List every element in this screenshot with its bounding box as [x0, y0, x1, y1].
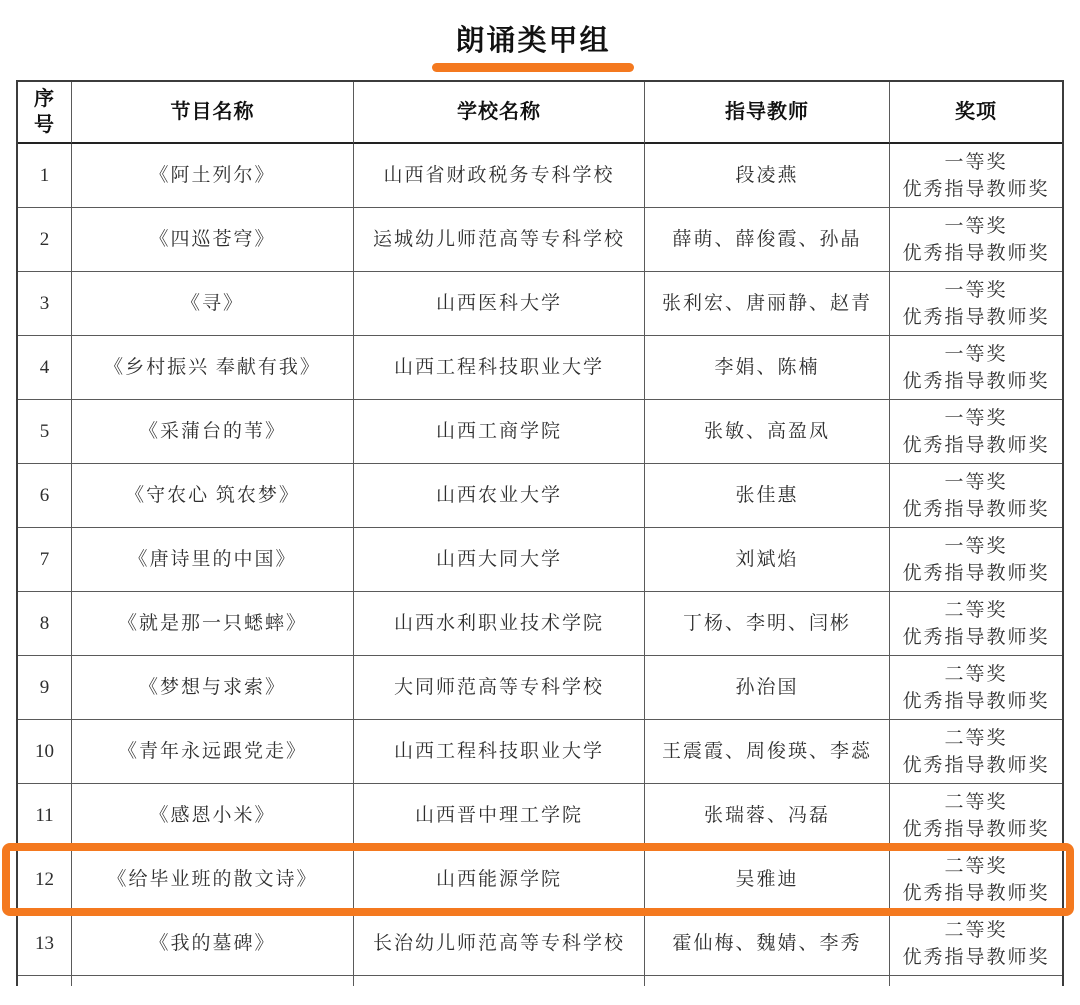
teacher-names: 孙治国	[645, 656, 890, 720]
teacher-names: 吴雅迪	[645, 848, 890, 912]
award-cell: 二等奖优秀指导教师奖	[890, 848, 1062, 912]
program-name: 《唐诗里的中国》	[72, 528, 354, 592]
school-name: 山西省财政税务专科学校	[354, 144, 645, 208]
table-row: 2《四巡苍穹》运城幼儿师范高等专科学校薛萌、薛俊霞、孙晶一等奖优秀指导教师奖	[18, 208, 1062, 272]
award-line: 二等奖	[944, 597, 1007, 624]
award-cell: 一等奖优秀指导教师奖	[890, 464, 1062, 528]
page-title: 朗诵类甲组	[455, 24, 610, 58]
row-index: 7	[18, 528, 72, 592]
program-name: 《就是那一只蟋蟀》	[72, 592, 354, 656]
partial-cell	[72, 976, 354, 986]
award-cell: 二等奖优秀指导教师奖	[890, 720, 1062, 784]
award-cell: 一等奖优秀指导教师奖	[890, 400, 1062, 464]
award-line: 优秀指导教师奖	[902, 240, 1049, 267]
award-line: 优秀指导教师奖	[902, 368, 1049, 395]
header-award: 奖项	[890, 82, 1062, 144]
award-line: 优秀指导教师奖	[902, 560, 1049, 587]
award-cell: 二等奖优秀指导教师奖	[890, 656, 1062, 720]
table-row: 1《阿土列尔》山西省财政税务专科学校段凌燕一等奖优秀指导教师奖	[18, 144, 1062, 208]
program-name: 《寻》	[72, 272, 354, 336]
award-line: 优秀指导教师奖	[902, 688, 1049, 715]
table-row: 8《就是那一只蟋蟀》山西水利职业技术学院丁杨、李明、闫彬二等奖优秀指导教师奖	[18, 592, 1062, 656]
teacher-names: 张瑞蓉、冯磊	[645, 784, 890, 848]
teacher-names: 王震霞、周俊瑛、李蕊	[645, 720, 890, 784]
award-line: 二等奖	[944, 917, 1007, 944]
partial-cell	[354, 976, 645, 986]
header-program: 节目名称	[72, 82, 354, 144]
award-cell: 二等奖优秀指导教师奖	[890, 784, 1062, 848]
award-cell: 二等奖优秀指导教师奖	[890, 592, 1062, 656]
table-row: 7《唐诗里的中国》山西大同大学刘斌焰一等奖优秀指导教师奖	[18, 528, 1062, 592]
teacher-names: 段凌燕	[645, 144, 890, 208]
award-table: 序号 节目名称 学校名称 指导教师 奖项 1《阿土列尔》山西省财政税务专科学校段…	[16, 80, 1064, 986]
teacher-names: 李娟、陈楠	[645, 336, 890, 400]
teacher-names: 张佳惠	[645, 464, 890, 528]
award-line: 一等奖	[944, 277, 1007, 304]
title-section: 朗诵类甲组	[0, 0, 1066, 72]
teacher-names: 霍仙梅、魏婧、李秀	[645, 912, 890, 976]
table-row: 6《守农心 筑农梦》山西农业大学张佳惠一等奖优秀指导教师奖	[18, 464, 1062, 528]
title-underline-highlight	[432, 63, 634, 72]
award-line: 一等奖	[944, 469, 1007, 496]
row-index: 2	[18, 208, 72, 272]
row-index: 11	[18, 784, 72, 848]
table-row: 10《青年永远跟党走》山西工程科技职业大学王震霞、周俊瑛、李蕊二等奖优秀指导教师…	[18, 720, 1062, 784]
partial-cell	[18, 976, 72, 986]
school-name: 山西医科大学	[354, 272, 645, 336]
table-row: 11《感恩小米》山西晋中理工学院张瑞蓉、冯磊二等奖优秀指导教师奖	[18, 784, 1062, 848]
award-line: 优秀指导教师奖	[902, 880, 1049, 907]
award-line: 一等奖	[944, 405, 1007, 432]
header-teachers: 指导教师	[645, 82, 890, 144]
school-name: 大同师范高等专科学校	[354, 656, 645, 720]
school-name: 长治幼儿师范高等专科学校	[354, 912, 645, 976]
award-line: 二等奖	[944, 853, 1007, 880]
program-name: 《阿土列尔》	[72, 144, 354, 208]
program-name: 《感恩小米》	[72, 784, 354, 848]
school-name: 山西能源学院	[354, 848, 645, 912]
award-line: 优秀指导教师奖	[902, 752, 1049, 779]
program-name: 《我的墓碑》	[72, 912, 354, 976]
teacher-names: 张利宏、唐丽静、赵青	[645, 272, 890, 336]
program-name: 《四巡苍穹》	[72, 208, 354, 272]
table-row: 5《采蒲台的苇》山西工商学院张敏、高盈凤一等奖优秀指导教师奖	[18, 400, 1062, 464]
award-line: 优秀指导教师奖	[902, 496, 1049, 523]
row-index: 5	[18, 400, 72, 464]
row-index: 1	[18, 144, 72, 208]
award-line: 优秀指导教师奖	[902, 432, 1049, 459]
award-line: 优秀指导教师奖	[902, 176, 1049, 203]
school-name: 山西农业大学	[354, 464, 645, 528]
row-index: 4	[18, 336, 72, 400]
table-row: 13《我的墓碑》长治幼儿师范高等专科学校霍仙梅、魏婧、李秀二等奖优秀指导教师奖	[18, 912, 1062, 976]
partial-cell	[645, 976, 890, 986]
school-name: 山西工程科技职业大学	[354, 336, 645, 400]
program-name: 《给毕业班的散文诗》	[72, 848, 354, 912]
row-index: 12	[18, 848, 72, 912]
award-line: 二等奖	[944, 661, 1007, 688]
teacher-names: 刘斌焰	[645, 528, 890, 592]
award-cell: 一等奖优秀指导教师奖	[890, 528, 1062, 592]
document-page: 朗诵类甲组 序号 节目名称 学校名称 指导教师 奖项 1《阿土列尔》山西省财政税…	[0, 0, 1080, 1005]
award-line: 一等奖	[944, 533, 1007, 560]
program-name: 《守农心 筑农梦》	[72, 464, 354, 528]
row-index: 8	[18, 592, 72, 656]
row-index: 13	[18, 912, 72, 976]
award-line: 优秀指导教师奖	[902, 816, 1049, 843]
header-school: 学校名称	[354, 82, 645, 144]
row-index: 6	[18, 464, 72, 528]
award-line: 一等奖	[944, 213, 1007, 240]
award-line: 优秀指导教师奖	[902, 944, 1049, 971]
partial-cell	[890, 976, 1062, 986]
award-line: 优秀指导教师奖	[902, 624, 1049, 651]
table-row: 3《寻》山西医科大学张利宏、唐丽静、赵青一等奖优秀指导教师奖	[18, 272, 1062, 336]
table-row-highlighted: 12《给毕业班的散文诗》山西能源学院吴雅迪二等奖优秀指导教师奖	[18, 848, 1062, 912]
table-row-partial	[18, 976, 1062, 986]
award-cell: 二等奖优秀指导教师奖	[890, 912, 1062, 976]
program-name: 《乡村振兴 奉献有我》	[72, 336, 354, 400]
school-name: 山西工程科技职业大学	[354, 720, 645, 784]
row-index: 10	[18, 720, 72, 784]
row-index: 9	[18, 656, 72, 720]
program-name: 《梦想与求索》	[72, 656, 354, 720]
program-name: 《青年永远跟党走》	[72, 720, 354, 784]
school-name: 山西工商学院	[354, 400, 645, 464]
header-index: 序号	[18, 82, 72, 144]
award-cell: 一等奖优秀指导教师奖	[890, 272, 1062, 336]
teacher-names: 丁杨、李明、闫彬	[645, 592, 890, 656]
teacher-names: 张敏、高盈凤	[645, 400, 890, 464]
school-name: 山西大同大学	[354, 528, 645, 592]
award-line: 二等奖	[944, 789, 1007, 816]
table-body: 1《阿土列尔》山西省财政税务专科学校段凌燕一等奖优秀指导教师奖2《四巡苍穹》运城…	[18, 144, 1062, 976]
school-name: 山西水利职业技术学院	[354, 592, 645, 656]
table-row: 4《乡村振兴 奉献有我》山西工程科技职业大学李娟、陈楠一等奖优秀指导教师奖	[18, 336, 1062, 400]
school-name: 运城幼儿师范高等专科学校	[354, 208, 645, 272]
table-header-row: 序号 节目名称 学校名称 指导教师 奖项	[18, 82, 1062, 144]
award-line: 二等奖	[944, 725, 1007, 752]
award-cell: 一等奖优秀指导教师奖	[890, 144, 1062, 208]
school-name: 山西晋中理工学院	[354, 784, 645, 848]
award-line: 一等奖	[944, 149, 1007, 176]
award-line: 优秀指导教师奖	[902, 304, 1049, 331]
table-row: 9《梦想与求索》大同师范高等专科学校孙治国二等奖优秀指导教师奖	[18, 656, 1062, 720]
award-cell: 一等奖优秀指导教师奖	[890, 208, 1062, 272]
award-line: 一等奖	[944, 341, 1007, 368]
award-cell: 一等奖优秀指导教师奖	[890, 336, 1062, 400]
row-index: 3	[18, 272, 72, 336]
program-name: 《采蒲台的苇》	[72, 400, 354, 464]
teacher-names: 薛萌、薛俊霞、孙晶	[645, 208, 890, 272]
